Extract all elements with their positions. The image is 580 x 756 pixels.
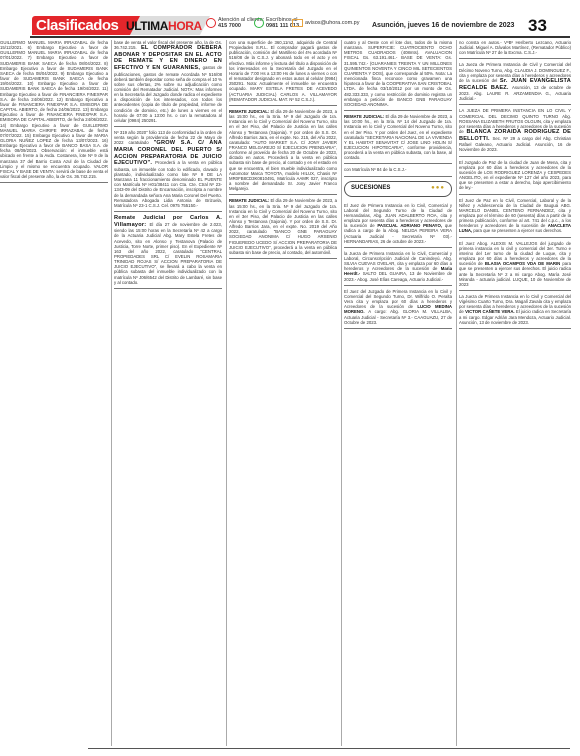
ad-separator — [459, 156, 571, 157]
ad-separator — [0, 182, 108, 183]
classified-ad: LA JUEZA DE PRIMERA INSTANCIA EN LO CIVI… — [459, 108, 571, 152]
ad-separator — [459, 104, 571, 105]
classified-ad: El Juzgado de Paz de la ciudad de Juan d… — [459, 160, 571, 191]
decorative-people-icon: ●●● — [431, 186, 445, 191]
ad-separator — [459, 194, 571, 195]
column-divider — [111, 40, 112, 746]
header-rule — [30, 36, 570, 38]
ad-text: Procederá a la venta en pública subasta,… — [114, 160, 222, 208]
logo-part-ultima: ULTIMA — [126, 19, 168, 33]
ad-text: El día 29 de Noviembre de 2023, a las 15… — [229, 109, 337, 191]
column-5: no consta en autos.- VºBº Heriberto Lezc… — [459, 40, 571, 332]
ad-separator — [344, 176, 452, 177]
classified-ad: La Jueza de Primera Instancia de Civil y… — [459, 62, 571, 101]
classified-ad: La Jueza de Primera Instancia en lo Civi… — [459, 294, 571, 325]
publication-date: Asunción, jueves 16 de noviembre de 2023 — [372, 22, 514, 29]
envelope-icon — [292, 19, 303, 27]
column-4: cuatro y al Oeste con el lote dos, todos… — [344, 40, 452, 332]
column-divider — [341, 40, 342, 746]
ad-separator — [114, 126, 222, 127]
ad-text: para que se presenten a ejercer sus dere… — [473, 228, 562, 233]
ad-separator — [344, 247, 452, 248]
classified-ad: Remate Judicial por Carlos A. Villamayor… — [114, 215, 222, 285]
section-banner-sucesiones: SUCESIONES●●● — [344, 181, 452, 197]
ad-separator — [459, 237, 571, 238]
classified-ad: El Juez del Juzgado de Primera Instancia… — [344, 289, 452, 325]
phone-icon — [206, 18, 216, 28]
ad-separator — [459, 290, 571, 291]
classified-ad: El Juez de Primera Instancia en lo Civil… — [344, 203, 452, 244]
banner-label: SUCESIONES — [351, 186, 390, 191]
ad-separator — [229, 194, 337, 195]
column-divider — [456, 40, 457, 746]
page-number: 33 — [528, 16, 547, 36]
classified-ad: REMATE JUDICIAL: El día 29 de Noviembre … — [229, 198, 337, 255]
classified-ad: El Juez Abog. ALEXIS M. VALLEJOS del juz… — [459, 241, 571, 287]
classified-ad: El Juez de Paz en lo Civil, Comercial, L… — [459, 198, 571, 234]
ad-text: El día 29 de Noviembre de 2023, a las 15… — [229, 198, 337, 255]
ad-text: con una superficie de 360,11m2, adquirid… — [229, 40, 337, 102]
ad-text: El Juzgado de Paz de la ciudad de Juan d… — [459, 160, 571, 191]
classified-ad: Nº 319 año 2020" folio 113 de conformida… — [114, 130, 222, 208]
email-address[interactable]: avisos@uhora.com.py — [305, 20, 360, 26]
page-header: Clasificados ULTIMAHORA Atención al clie… — [0, 16, 580, 36]
ad-separator — [459, 328, 571, 329]
ad-text: cuatro y al Oeste con el lote dos, todos… — [344, 40, 452, 107]
whatsapp-icon — [254, 18, 264, 28]
ad-text: El día 27 de noviembre de 2.023, siendo … — [114, 222, 222, 285]
column-1: GUILLERMO MANUEL MARIA IRRAZABAL de fech… — [0, 40, 108, 186]
ad-separator — [344, 110, 452, 111]
classified-ad: GUILLERMO MANUEL MARIA IRRAZABAL de fech… — [0, 40, 108, 179]
classified-ad: con una superficie de 360,11m2, adquirid… — [229, 40, 337, 102]
ad-text: GUILLERMO MANUEL MARIA IRRAZABAL de fech… — [0, 40, 108, 179]
classified-ad: cuatro y al Oeste con el lote dos, todos… — [344, 40, 452, 107]
ad-text: gastos de publicaciones, gastos de remat… — [114, 65, 222, 123]
ad-separator — [114, 211, 222, 212]
ad-text: con Matrícula Nº 84 de la C.S.J.- — [344, 167, 406, 172]
ad-text: El día 29 de Noviembre de 2023, a las 10… — [344, 114, 452, 160]
newspaper-logo: ULTIMAHORA — [126, 18, 202, 34]
classified-ad: no consta en autos.- VºBº Heriberto Lezc… — [459, 40, 571, 55]
ad-separator — [344, 163, 452, 164]
column-2: base de venta el valor fiscal del presen… — [114, 40, 222, 292]
classified-ad: REMATE JUDICIAL: El día 29 de Noviembre … — [229, 109, 337, 192]
footer-rule — [88, 748, 570, 749]
ad-separator — [229, 258, 337, 259]
ad-separator — [344, 328, 452, 329]
ad-text: la Jueza de Primera Instancia en lo Civi… — [344, 251, 452, 271]
logo-part-hora: HORA — [168, 19, 202, 33]
classified-ad: REMATE JUDICIAL: El día 29 de Noviembre … — [344, 114, 452, 160]
email-contact: avisos@uhora.com.py — [292, 19, 360, 27]
column-3: con una superficie de 360,11m2, adquirid… — [229, 40, 337, 262]
ad-text: no consta en autos.- VºBº Heriberto Lezc… — [459, 40, 571, 55]
column-divider — [226, 40, 227, 746]
section-title: Clasificados — [32, 16, 136, 35]
ad-separator — [344, 285, 452, 286]
classified-ad: base de venta el valor fiscal del presen… — [114, 40, 222, 123]
classified-ad: la Jueza de Primera Instancia en lo Civi… — [344, 251, 452, 282]
ad-separator — [114, 288, 222, 289]
classified-ad: con Matrícula Nº 84 de la C.S.J.- — [344, 167, 452, 172]
ad-separator — [459, 58, 571, 59]
ad-separator — [229, 105, 337, 106]
